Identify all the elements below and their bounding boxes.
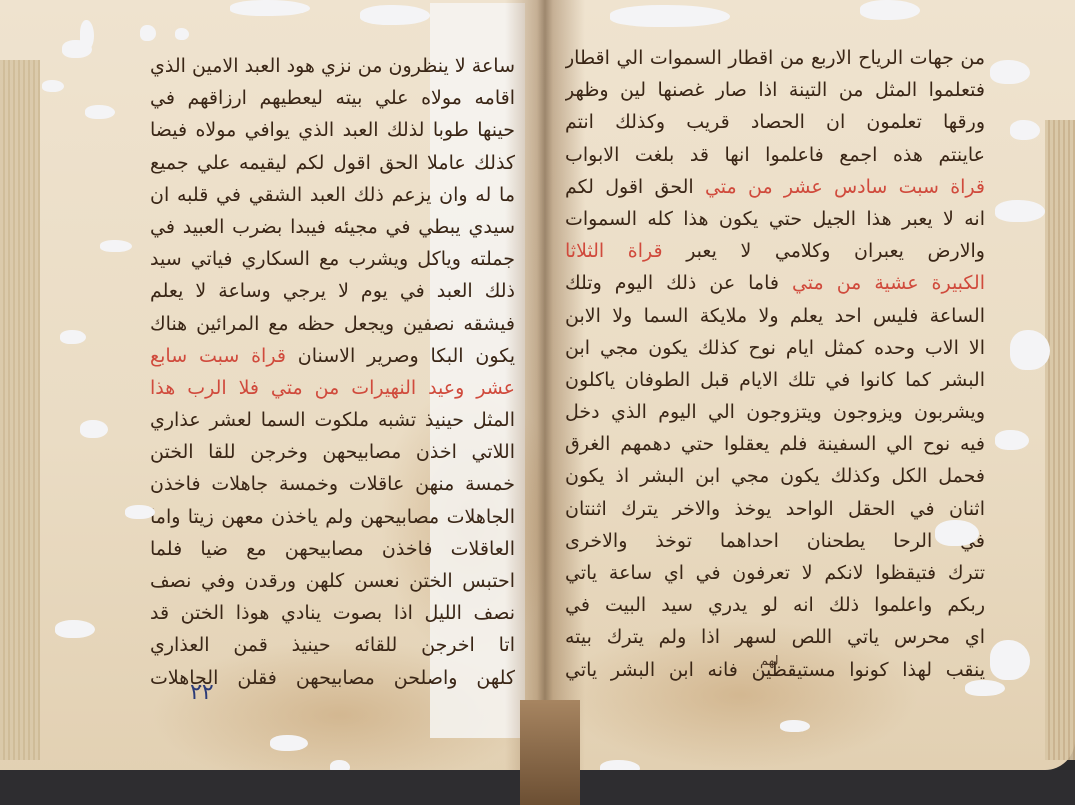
worm-hole	[360, 5, 430, 25]
text-line: ساعة لا ينظرون من نزي هود العبد الامين ا…	[150, 50, 515, 82]
worm-hole	[990, 640, 1030, 680]
text-line: جملته وياكل ويشرب مع السكاري فياتي سيد	[150, 243, 515, 275]
text-line: العاقلات فاخذن مصابيحهن مع ضيا فلما	[150, 533, 515, 565]
text-line-with-rubric: والارض يعبران وكلامي لا يعبر قراة الثلاث…	[565, 235, 985, 267]
worm-hole	[780, 720, 810, 732]
text-line: اتا اخرجن للقائه حينيذ قمن العذاري	[150, 629, 515, 661]
worm-hole	[125, 505, 155, 519]
text-line-with-rubric: يكون البكا وصرير الاسنان قراة سبت سابع	[150, 340, 515, 372]
text-line: ما له وان يزعم ذلك العبد الشقي في قلبه ا…	[150, 179, 515, 211]
worm-hole	[80, 420, 108, 438]
text-line: اثنان في الحقل الواحد يوخذ والاخر يترك ا…	[565, 493, 985, 525]
text-line: ويشربون ويزوجون ويتزوجون الي اليوم الذي …	[565, 396, 985, 428]
worm-hole	[55, 620, 95, 638]
worm-hole	[1010, 330, 1050, 370]
left-page-text: ساعة لا ينظرون من نزي هود العبد الامين ا…	[150, 50, 515, 694]
damaged-spine	[520, 700, 580, 805]
text-line: اللاتي اخذن مصابيحهن وخرجن للقا الختن	[150, 436, 515, 468]
manuscript-photo: ساعة لا ينظرون من نزي هود العبد الامين ا…	[0, 0, 1075, 805]
worm-hole	[85, 105, 115, 119]
page-edges-right	[1045, 120, 1075, 760]
text-line: ربكم واعلموا ذلك انه لو يدري سيد البيت ف…	[565, 589, 985, 621]
text-line: انه لا يعبر هذا الجيل حتي يكون هذا كله ا…	[565, 203, 985, 235]
worm-hole	[965, 680, 1005, 696]
worm-hole	[140, 25, 156, 41]
rubric: قراة الثلاثا	[565, 240, 663, 262]
text-line: البشر كما كانوا في تلك الايام قبل الطوفا…	[565, 364, 985, 396]
text-line: عاينتم هذه اجمع فاعلموا انها قد بلغت الا…	[565, 139, 985, 171]
worm-hole	[175, 28, 189, 40]
worm-hole	[860, 0, 920, 20]
catchword: لهم	[760, 654, 779, 669]
folio-number: ٢٢	[190, 680, 214, 705]
text-line-with-rubric: قراة سبت سادس عشر من متي الحق اقول لكم	[565, 171, 985, 203]
text-line-with-rubric: الكبيرة عشية من متي فاما عن ذلك اليوم وت…	[565, 267, 985, 299]
text-line: حينها طوبا لذلك العبد الذي يوافي مولاه ف…	[150, 114, 515, 146]
text-line: من جهات الرياح الاربع من اقطار السموات ا…	[565, 42, 985, 74]
worm-hole	[42, 80, 64, 92]
worm-hole	[80, 20, 94, 50]
text-line: ورقها تعلمون ان الحصاد قريب وكذلك انتم	[565, 106, 985, 138]
worm-hole	[1010, 120, 1040, 140]
text-line: يكون البكا وصرير الاسنان	[298, 345, 515, 367]
text-line: في الرحا يطحنان احداهما توخذ والاخرى	[565, 525, 985, 557]
rubric-line: عشر وعيد النهيرات من متي فلا الرب هذا	[150, 372, 515, 404]
text-line: خمسة منهن عاقلات وخمسة جاهلات فاخذن	[150, 468, 515, 500]
text-line: الا الاب وحده كمثل ايام نوح كذلك يكون مج…	[565, 332, 985, 364]
text-line: تترك فتيقظوا لانكم لا تعرفون في اي ساعة …	[565, 557, 985, 589]
text-line: الساعة فليس احد يعلم ولا ملايكة السما ول…	[565, 300, 985, 332]
text-line: اي محرس ياتي اللص لسهر اذا ولم يترك بيته	[565, 621, 985, 653]
worm-hole	[270, 735, 308, 751]
text-line: اقامه مولاه علي بيته ليعطيهم ارزاقهم في	[150, 82, 515, 114]
text-line: ذلك العبد في يوم لا يرجي وساعة لا يعلم	[150, 275, 515, 307]
worm-hole	[995, 200, 1045, 222]
worm-hole	[610, 5, 730, 27]
right-page-text: من جهات الرياح الاربع من اقطار السموات ا…	[565, 42, 985, 686]
worm-hole	[230, 0, 310, 16]
text-line: سيدي يبطي في مجيئه فيبدا بضرب العبيد في	[150, 211, 515, 243]
text-line: كذلك عاملا الحق اقول لكم ليقيمه علي جميع	[150, 147, 515, 179]
text-line: فحمل الكل وكذلك يكون مجي ابن البشر اذ يك…	[565, 460, 985, 492]
rubric: قراة سبت سابع	[150, 345, 286, 367]
text-line: فتعلموا المثل من التينة اذا صار غصنها لي…	[565, 74, 985, 106]
text-line: فيشقه نصفين ويجعل حظه مع المرائين هناك	[150, 308, 515, 340]
worm-hole	[60, 330, 86, 344]
text-line: احتبس الختن نعسن كلهن ورقدن وفي نصف	[150, 565, 515, 597]
worm-hole	[990, 60, 1030, 84]
rubric: الكبيرة عشية من متي	[792, 272, 985, 294]
rubric: قراة سبت سادس عشر من متي	[705, 176, 985, 198]
text-line: فيه نوح الي السفينة فلم يعقلوا حتي دهمهم…	[565, 428, 985, 460]
worm-hole	[995, 430, 1029, 450]
page-edges-left	[0, 60, 40, 760]
text-line: نصف الليل اذا بصوت ينادي هوذا الختن قد	[150, 597, 515, 629]
text-line: الجاهلات مصابيحهن ولم ياخذن معهن زيتا وا…	[150, 501, 515, 533]
worm-hole	[935, 520, 979, 546]
worm-hole	[100, 240, 132, 252]
text-line: المثل حينيذ تشبه ملكوت السما لعشر عذاري	[150, 404, 515, 436]
